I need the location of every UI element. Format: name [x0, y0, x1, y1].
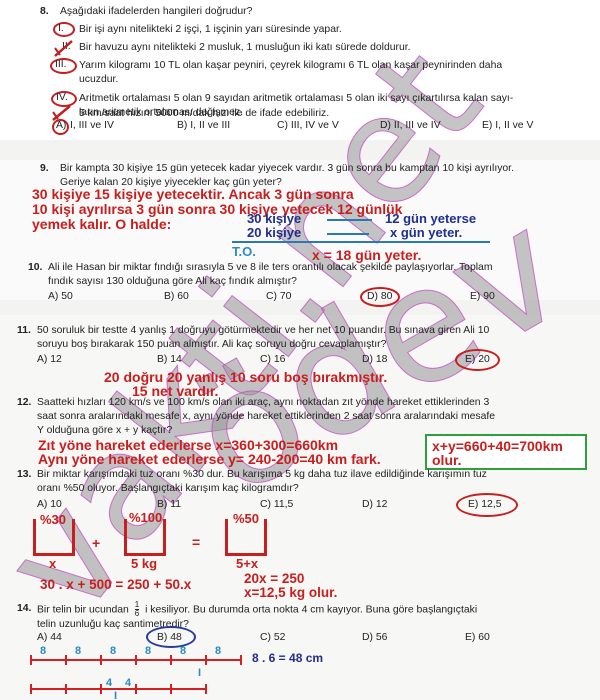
q9-dash: [327, 233, 369, 235]
q14-option-c[interactable]: C) 52: [260, 632, 285, 643]
q9-to-label: T.O.: [232, 244, 256, 259]
q13-option-a[interactable]: A) 10: [37, 499, 62, 510]
q9-solution-line2: 10 kişi ayrılırsa 3 gün sonra 30 kişiye …: [32, 201, 402, 217]
q8-option-c[interactable]: C) III, IV ve V: [277, 120, 339, 131]
q13-line1: Bir miktar karışımdaki tuz oranı %30 dur…: [37, 467, 487, 482]
segment-length-label: 8: [110, 645, 116, 657]
q8-option-a[interactable]: I, III ve IV: [70, 120, 114, 131]
q14-line1-start: Bir telin bir ucundan: [37, 604, 129, 615]
worksheet-page: vakti.net ödev 8. Aşağıdaki ifadelerden …: [0, 0, 600, 700]
q8-statement-I: Bir işi aynı nitelikteki 2 işçi, 1 işçin…: [79, 23, 342, 37]
equals-sign: =: [192, 534, 200, 550]
segment-length-label: 8: [180, 645, 186, 657]
wire-tick: [240, 655, 242, 665]
q12-solution-line2: Aynı yöne hareket ederlerse y= 240-200=4…: [38, 451, 381, 467]
q9-dash: [327, 219, 372, 221]
q9-proportion-row1-right: 12 gün yeterse: [385, 211, 476, 226]
wire-tick: [30, 655, 32, 665]
q8-option-a-letter[interactable]: A): [56, 120, 66, 131]
q12-number: 12.: [17, 397, 31, 408]
q10-option-b[interactable]: B) 60: [164, 291, 189, 302]
q9-line1: Bir kampta 30 kişiye 15 gün yetecek kada…: [60, 161, 514, 176]
cross-mark-icon: [52, 38, 76, 58]
q8-option-b[interactable]: B) I, II ve III: [177, 120, 230, 131]
q11-option-d[interactable]: D) 18: [362, 354, 387, 365]
midpoint-mark-shifted: I: [114, 690, 117, 700]
q8-statement-V: 5 km/saat hızını 5000 m/dak hızı ile de …: [79, 107, 329, 121]
q14-number: 14.: [17, 603, 31, 614]
q14-line1: Bir telin bir ucundan 1 6 i kesiliyor. B…: [37, 601, 477, 618]
wire-tick: [65, 684, 67, 694]
segment-length-label: 8: [40, 645, 46, 657]
q11-line2: soruyu boş bırakarak 150 puan almıştır. …: [37, 337, 386, 352]
wire-tick: [30, 684, 32, 694]
plus-sign: +: [92, 535, 100, 551]
fraction: 1 6: [135, 601, 139, 618]
wire-tick: [135, 655, 137, 665]
wire-tick: [65, 655, 67, 665]
q11-option-e[interactable]: E) 20: [465, 354, 490, 365]
q10-option-a[interactable]: A) 50: [48, 291, 73, 302]
q8-statement-II: Bir havuzu aynı nitelikteki 2 musluk, 1 …: [79, 41, 411, 55]
wire-tick: [205, 684, 207, 694]
q9-proportion-row2-left: 20 kişiye: [247, 225, 301, 240]
q14-option-a[interactable]: A) 44: [37, 632, 62, 643]
beaker-1-bottom: x: [49, 556, 56, 572]
q13-option-c[interactable]: C) 11,5: [260, 499, 293, 510]
q10-line1: Ali ile Hasan bir miktar fındığı sırasıy…: [48, 260, 493, 275]
q9-underline: [232, 241, 490, 243]
q13-option-d[interactable]: D) 12: [362, 499, 387, 510]
q9-solution-line3: yemek kalır. O halde:: [32, 216, 171, 232]
wire-tick: [205, 655, 207, 665]
beaker-2-bottom: 5 kg: [131, 556, 157, 572]
wire-line-cut: [30, 688, 207, 690]
q9-solution-line1: 30 kişiye 15 kişiye yetecektir. Ancak 3 …: [32, 186, 354, 202]
wire-tick: [100, 655, 102, 665]
q12-line3: Y olduğuna göre x + y kaçtır?: [37, 423, 172, 438]
q12-answer-box: x+y=660+40=700km olur.: [425, 434, 587, 470]
q14-line1-end: i kesiliyor. Bu durumda orta nokta 4 cm …: [145, 604, 477, 615]
q14-result: 8 . 6 = 48 cm: [252, 651, 323, 665]
segment-length-label: 8: [75, 645, 81, 657]
beaker-3-bottom: 5+x: [236, 556, 258, 572]
q8-number: 8.: [40, 6, 49, 17]
q11-line1: 50 soruluk bir testte 4 yanlış 1 doğruyu…: [37, 323, 489, 338]
q13-number: 13.: [17, 469, 31, 480]
q11-number: 11.: [17, 325, 31, 336]
wire-tick: [135, 684, 137, 694]
q10-number: 10.: [28, 262, 42, 273]
q8-roman-I: I.: [58, 23, 64, 34]
q10-line2: fındık sayısı 130 olduğuna göre Ali kaç …: [48, 274, 297, 289]
q9-proportion-row1-left: 30 kişiye: [247, 211, 301, 226]
midpoint-mark: I: [198, 667, 201, 679]
q8-roman-III: III.: [55, 59, 67, 70]
beaker-2-label: %100: [129, 510, 162, 526]
q11-option-c[interactable]: C) 16: [260, 354, 285, 365]
segment-length-label: 8: [215, 645, 221, 657]
q10-option-c[interactable]: C) 70: [266, 291, 291, 302]
q10-option-d[interactable]: D) 80: [367, 291, 392, 302]
q13-line2: oranı %50 oluyor. Başlangıçtaki karışım …: [37, 481, 299, 496]
wire-tick: [170, 684, 172, 694]
q8-circle-I: [53, 22, 75, 37]
segment-length-label: 8: [145, 645, 151, 657]
q13-option-b[interactable]: B) 11: [157, 499, 181, 510]
q12-line2: saat sonra aralarındaki mesafe x, aynı y…: [37, 409, 495, 424]
q10-option-e[interactable]: E) 90: [470, 291, 495, 302]
q13-equation: 30 . x + 500 = 250 + 50.x: [40, 577, 191, 593]
q8-roman-IV: IV.: [56, 92, 68, 103]
q13-option-e[interactable]: E) 12,5: [468, 499, 502, 510]
q8-statement-III: Yarım kilogramı 10 TL olan kaşar peyniri…: [79, 59, 502, 73]
q11-option-b[interactable]: B) 14: [157, 354, 182, 365]
q8-statement-III-cont: ucuzdur.: [79, 73, 118, 87]
q14-option-e[interactable]: E) 60: [465, 632, 490, 643]
q8-question: Aşağıdaki ifadelerden hangileri doğrudur…: [60, 4, 252, 19]
q14-option-b[interactable]: B) 48: [157, 632, 182, 643]
q12-line1: Saatteki hızları 120 km/s ve 100 km/s ol…: [37, 395, 489, 410]
q14-option-d[interactable]: D) 56: [362, 632, 387, 643]
q12-box-line2: olur.: [432, 452, 462, 468]
q8-option-e[interactable]: E) I, II ve V: [482, 120, 533, 131]
q11-option-a[interactable]: A) 12: [37, 354, 62, 365]
q13-result-line2: x=12,5 kg olur.: [244, 585, 337, 601]
q8-option-d[interactable]: D) II, III ve IV: [380, 120, 441, 131]
q9-number: 9.: [40, 163, 49, 174]
q9-proportion-row2-right: x gün yeter.: [390, 225, 462, 240]
q8-statement-IV: Aritmetik ortalaması 5 olan 9 sayıdan ar…: [79, 92, 513, 106]
wire-tick: [100, 684, 102, 694]
wire-tick: [170, 655, 172, 665]
beaker-1-label: %30: [40, 512, 66, 528]
beaker-3-label: %50: [233, 511, 259, 527]
